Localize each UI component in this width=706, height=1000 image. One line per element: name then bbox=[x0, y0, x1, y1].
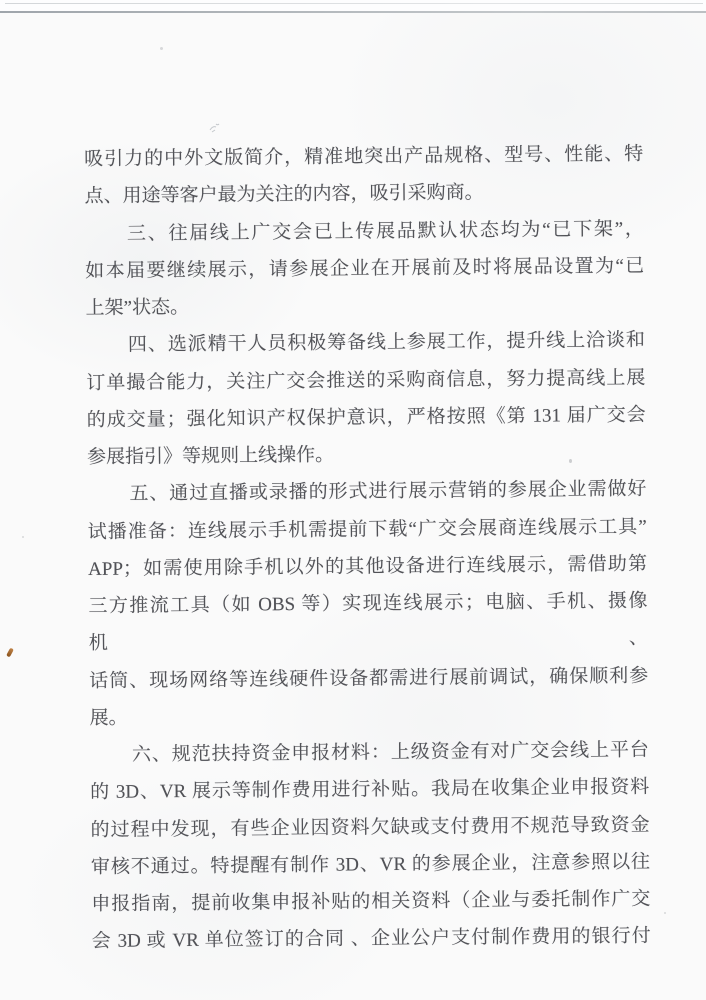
text-line: 点、用途等客户最为关注的内容，吸引采购商。 bbox=[84, 173, 643, 216]
text-line: 参展指引》等规则上线操作。 bbox=[87, 434, 646, 477]
text-line: 如本届要继续展示，请参展企业在开展前及时将展品设置为“已 bbox=[85, 247, 644, 290]
text-line: 的 3D、VR 展示等制作费用进行补贴。我局在收集企业申报资料 bbox=[90, 769, 649, 812]
text-line: 的过程中发现，有些企业因资料欠缺或支付费用不规范导致资金 bbox=[90, 806, 649, 849]
scan-top-margin bbox=[0, 0, 706, 11]
text-line: 六、规范扶持资金申报材料：上级资金有对广交会线上平台 bbox=[90, 732, 649, 775]
text-line: 话筒、现场网络等连线硬件设备都需进行展前调试，确保顺利参 bbox=[89, 657, 648, 700]
pencil-smudge-icon bbox=[206, 119, 224, 137]
text-line: 的成交量；强化知识产权保护意识，严格按照《第 131 届广交会 bbox=[87, 396, 646, 439]
paper-speck-icon bbox=[22, 536, 24, 538]
paper-speck-icon bbox=[160, 47, 163, 50]
text-line: 五、通过直播或录播的形式进行展示营销的参展企业需做好 bbox=[87, 471, 646, 514]
text-line: 会 3D 或 VR 单位签订的合同 、企业公户支付制作费用的银行付 bbox=[92, 918, 651, 961]
text-line: 申报指南，提前收集申报补贴的相关资料（企业与委托制作广交 bbox=[91, 881, 650, 924]
text-line: 上架”状态。 bbox=[85, 285, 644, 328]
text-line: 吸引力的中外文版简介，精准地突出产品规格、型号、性能、特 bbox=[84, 136, 643, 179]
text-line: APP；如需使用除手机以外的其他设备进行连线展示，需借助第 bbox=[88, 545, 647, 588]
text-line: 审核不通过。特提醒有制作 3D、VR 的参展企业，注意参照以往 bbox=[91, 843, 650, 886]
text-line: 四、选派精干人员积极筹备线上参展工作，提升线上洽谈和 bbox=[86, 322, 645, 365]
document-body: 吸引力的中外文版简介，精准地突出产品规格、型号、性能、特 点、用途等客户最为关注… bbox=[84, 136, 651, 961]
text-line: 试播准备：连线展示手机需提前下载“广交会展商连线展示工具” bbox=[88, 508, 647, 551]
paper-speck-icon bbox=[664, 912, 666, 914]
scanned-page: { "colors": { "paper": "#fafafa", "ink":… bbox=[0, 0, 706, 1000]
text-line: 展。 bbox=[89, 694, 648, 737]
scan-edge-line bbox=[0, 11, 706, 13]
orange-fiber-speck-icon bbox=[6, 648, 14, 658]
text-line: 订单撮合能力，关注广交会推送的采购商信息，努力提高线上展 bbox=[86, 359, 645, 402]
text-line: 三方推流工具（如 OBS 等）实现连线展示；电脑、手机、摄像机、 bbox=[88, 583, 648, 663]
text-line: 三、往届线上广交会已上传展品默认状态均为“已下架”， bbox=[85, 210, 644, 253]
